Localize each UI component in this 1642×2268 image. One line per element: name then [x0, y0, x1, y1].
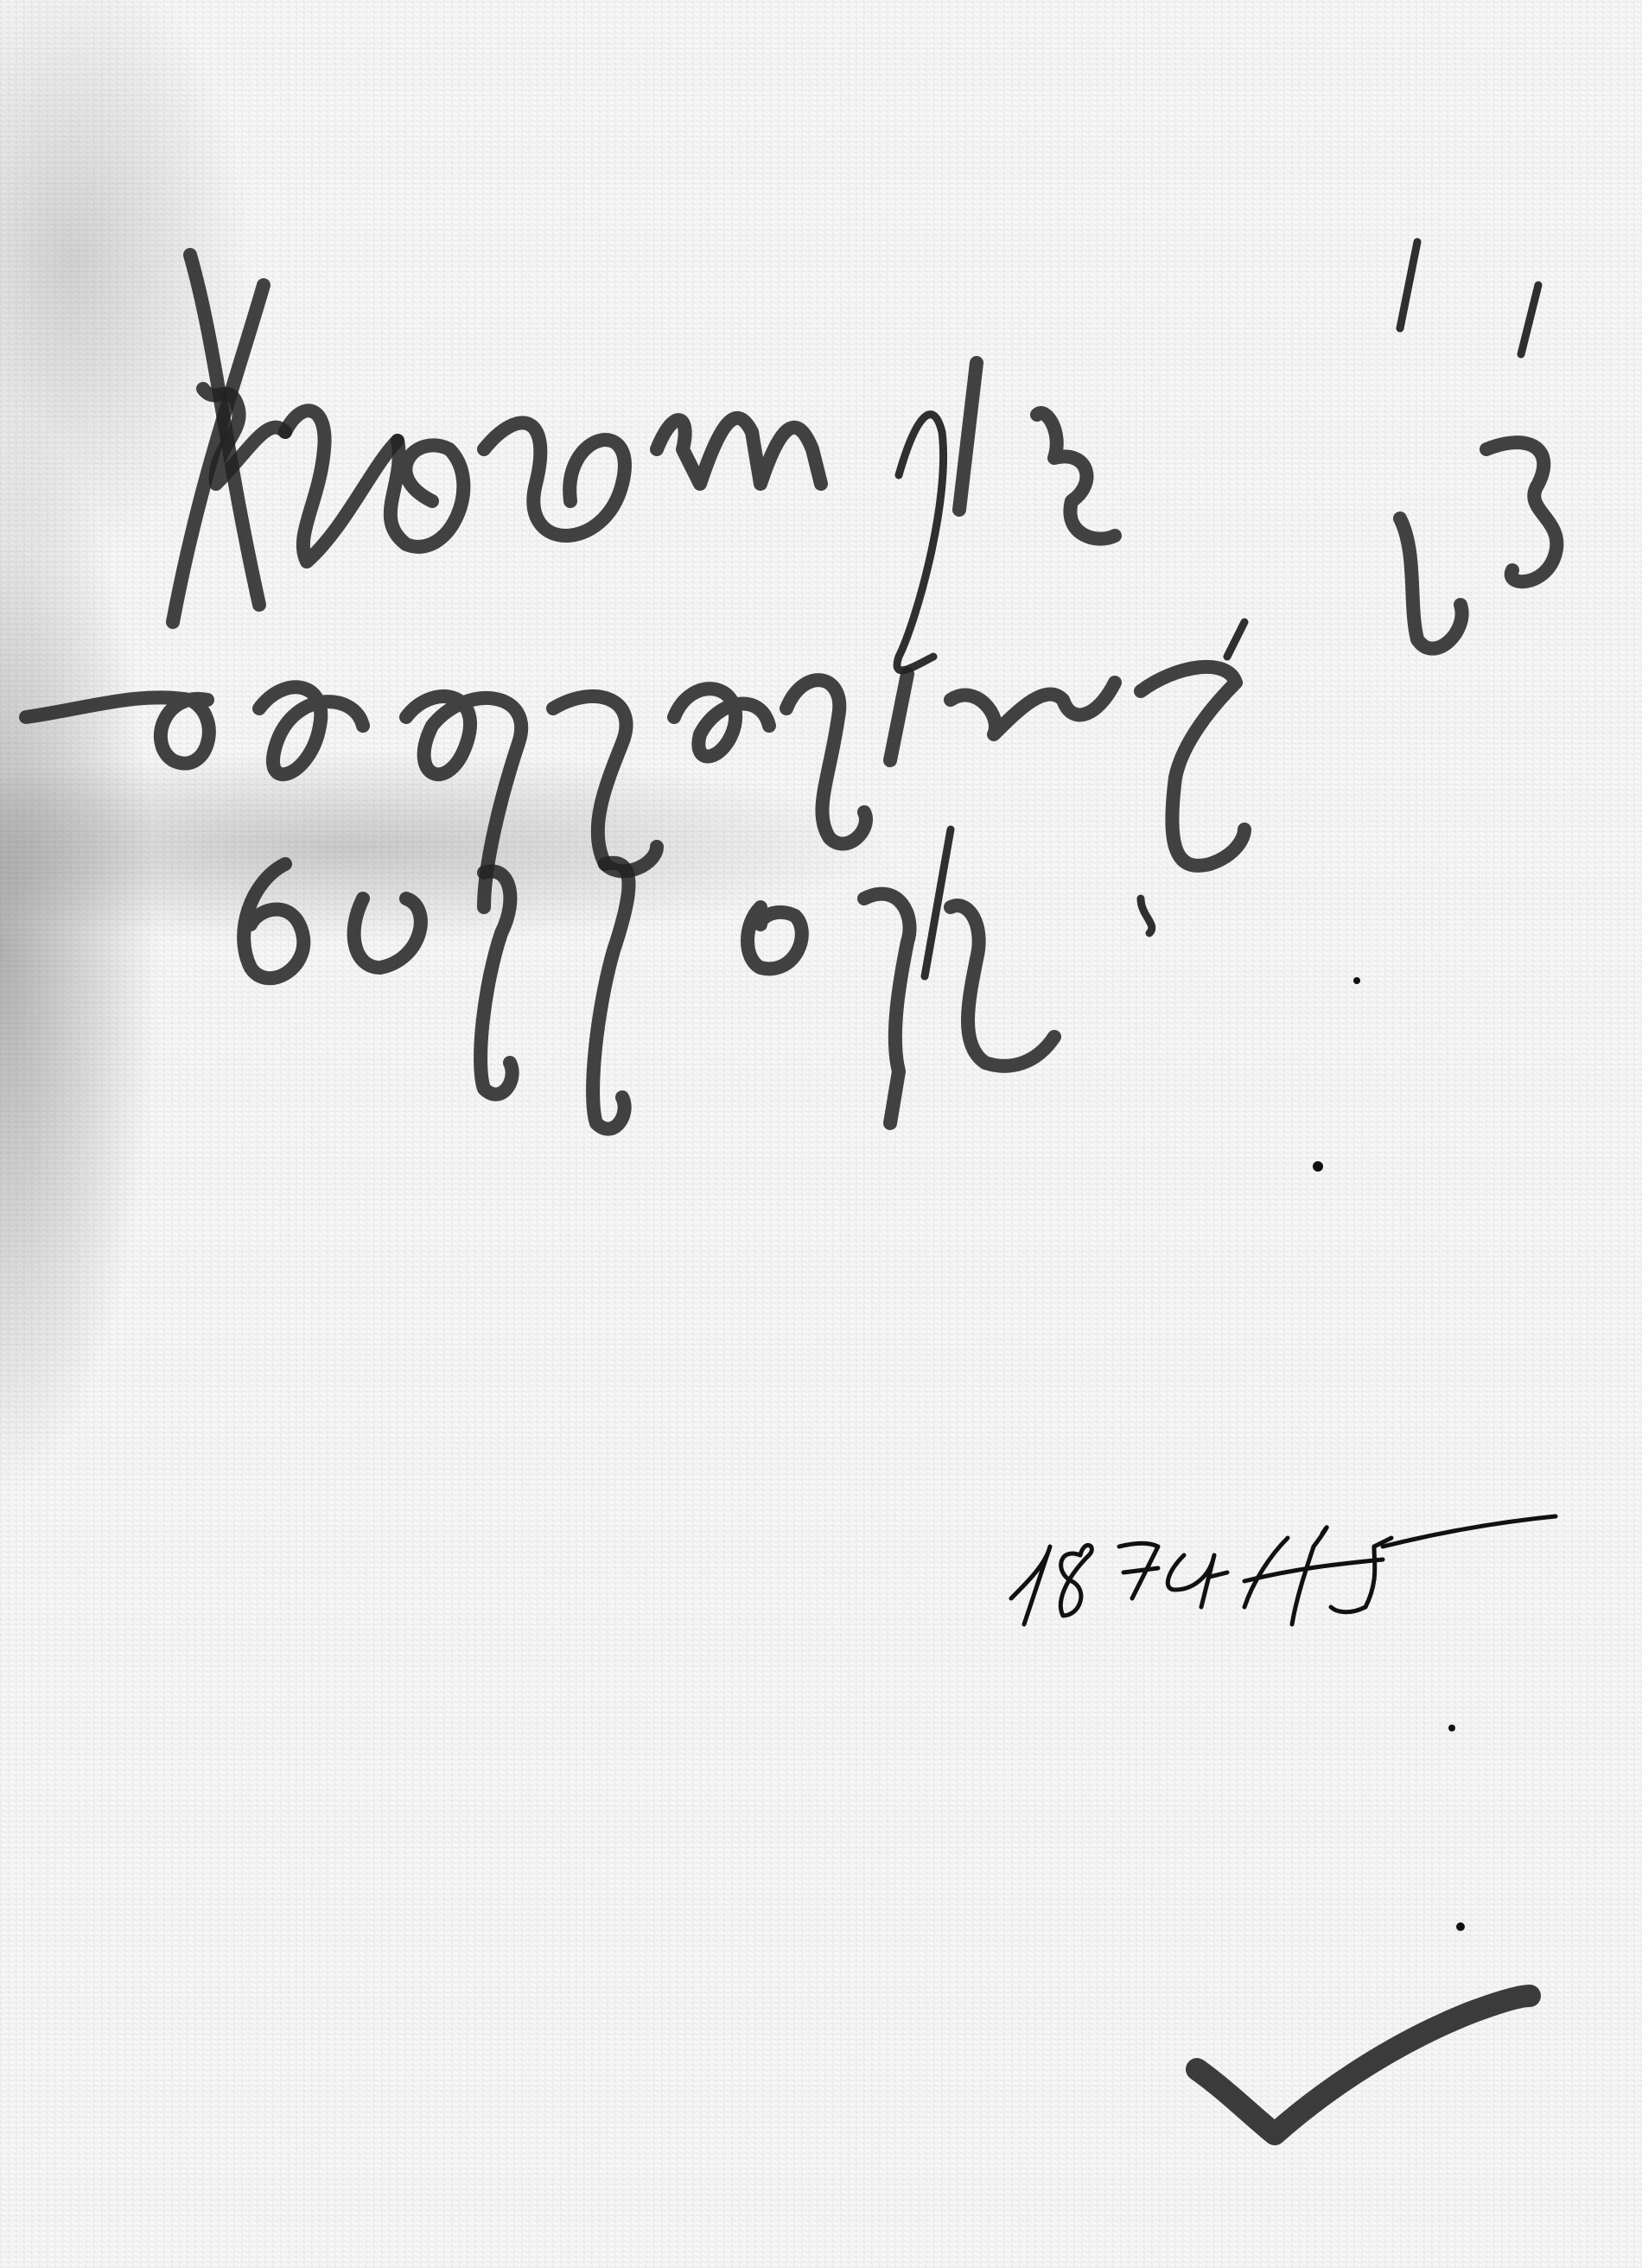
handwritten-title-line-2 — [26, 622, 1244, 907]
checkmark-icon — [1197, 1996, 1530, 2134]
handwriting-layer — [0, 0, 1642, 2268]
handwritten-title-line-1 — [173, 242, 1556, 670]
handwritten-date — [1011, 1516, 1556, 1624]
handwritten-title-line-3 — [244, 829, 1152, 1129]
scan-specks — [1313, 977, 1465, 1931]
